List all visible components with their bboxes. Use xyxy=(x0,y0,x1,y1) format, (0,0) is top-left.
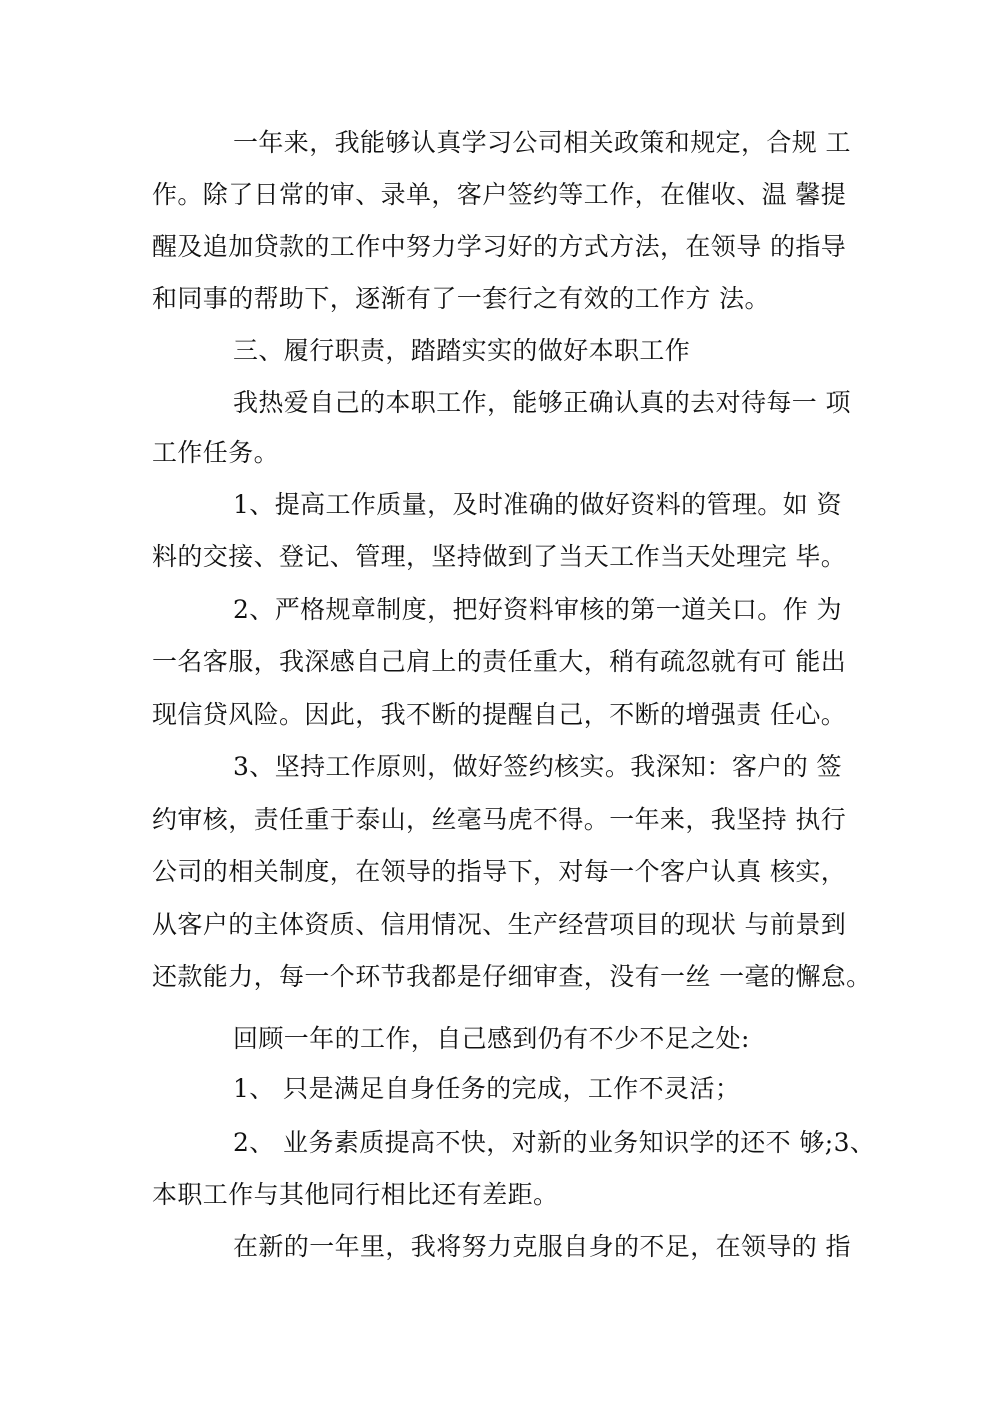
list-item-line: 一名客服，我深感自己肩上的责任重大，稍有疏忽就有可 能出 xyxy=(152,647,846,677)
list-item-line: 本职工作与其他同行相比还有差距。 xyxy=(152,1180,558,1210)
paragraph-line: 和同事的帮助下，逐渐有了一套行之有效的工作方 法。 xyxy=(152,284,770,314)
list-item-line: 从客户的主体资质、信用情况、生产经营项目的现状 与前景到 xyxy=(152,910,846,940)
list-item-line: 料的交接、登记、管理，坚持做到了当天工作当天处理完 毕。 xyxy=(152,542,846,572)
list-item-line: 2、 业务素质提高不快，对新的业务知识学的还不 够;3、 xyxy=(233,1128,875,1158)
section-heading: 三、履行职责，踏踏实实的做好本职工作 xyxy=(233,336,690,366)
paragraph-line: 醒及追加贷款的工作中努力学习好的方式方法，在领导 的指导 xyxy=(152,232,846,262)
list-item-line: 1、提高工作质量，及时准确的做好资料的管理。如 资 xyxy=(233,490,842,520)
paragraph-line: 在新的一年里，我将努力克服自身的不足，在领导的 指 xyxy=(233,1232,851,1262)
paragraph-line: 工作任务。 xyxy=(152,438,279,468)
list-item-line: 1、 只是满足自身任务的完成，工作不灵活； xyxy=(233,1074,740,1104)
list-item-line: 现信贷风险。因此，我不断的提醒自己，不断的增强责 任心。 xyxy=(152,700,846,730)
paragraph-line: 一年来，我能够认真学习公司相关政策和规定，合规 工 xyxy=(233,128,851,158)
list-item-line: 还款能力，每一个环节我都是仔细审查，没有一丝 一毫的懈怠。 xyxy=(152,962,872,992)
list-item-line: 公司的相关制度，在领导的指导下，对每一个客户认真 核实， xyxy=(152,857,846,887)
paragraph-line: 回顾一年的工作，自己感到仍有不少不足之处: xyxy=(233,1024,750,1054)
document-page: 一年来，我能够认真学习公司相关政策和规定，合规 工 作。除了日常的审、录单，客户… xyxy=(0,0,1000,1415)
list-item-line: 2、严格规章制度，把好资料审核的第一道关口。作 为 xyxy=(233,595,842,625)
paragraph-line: 作。除了日常的审、录单，客户签约等工作，在催收、温 馨提 xyxy=(152,180,846,210)
paragraph-line: 我热爱自己的本职工作，能够正确认真的去对待每一 项 xyxy=(233,388,851,418)
list-item-line: 约审核，责任重于泰山，丝毫马虎不得。一年来，我坚持 执行 xyxy=(152,805,846,835)
list-item-line: 3、坚持工作原则，做好签约核实。我深知：客户的 签 xyxy=(233,752,842,782)
